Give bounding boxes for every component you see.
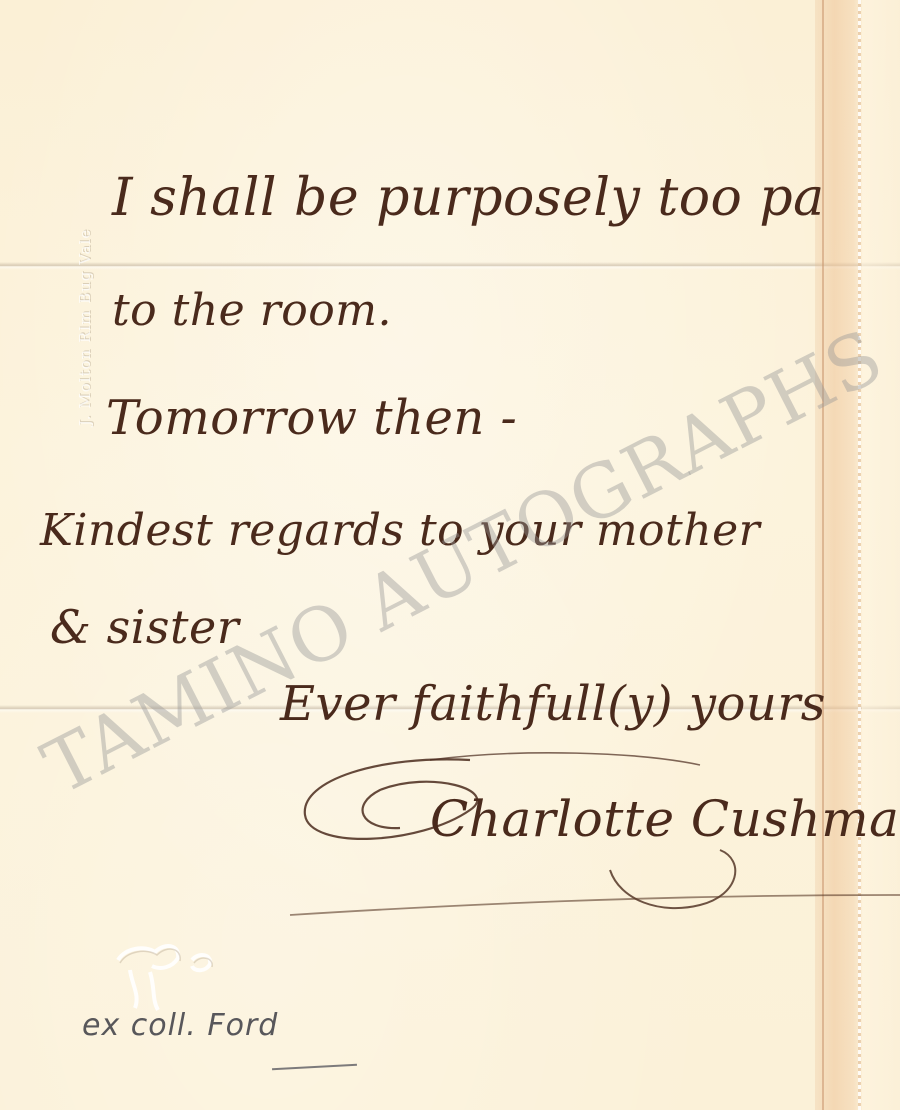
letter-line-3: Tomorrow then - xyxy=(106,390,517,446)
letter-line-2: to the room. xyxy=(112,285,392,336)
letter-line-1: I shall be purposely too pa xyxy=(112,168,825,228)
right-page-strip xyxy=(862,0,900,1110)
pencil-provenance-note: ex coll. Ford xyxy=(82,1008,278,1043)
right-fold-line xyxy=(822,0,824,1110)
fold-crease-upper xyxy=(0,262,900,270)
signature: Charlotte Cushman xyxy=(430,790,900,848)
torn-edge xyxy=(858,0,861,1110)
letter-closing: Ever faithfull(y) yours xyxy=(280,676,826,732)
stationer-emboss: J. Molton Rlm Bug Vale xyxy=(76,96,94,426)
embossed-crest-icon xyxy=(100,930,220,1020)
